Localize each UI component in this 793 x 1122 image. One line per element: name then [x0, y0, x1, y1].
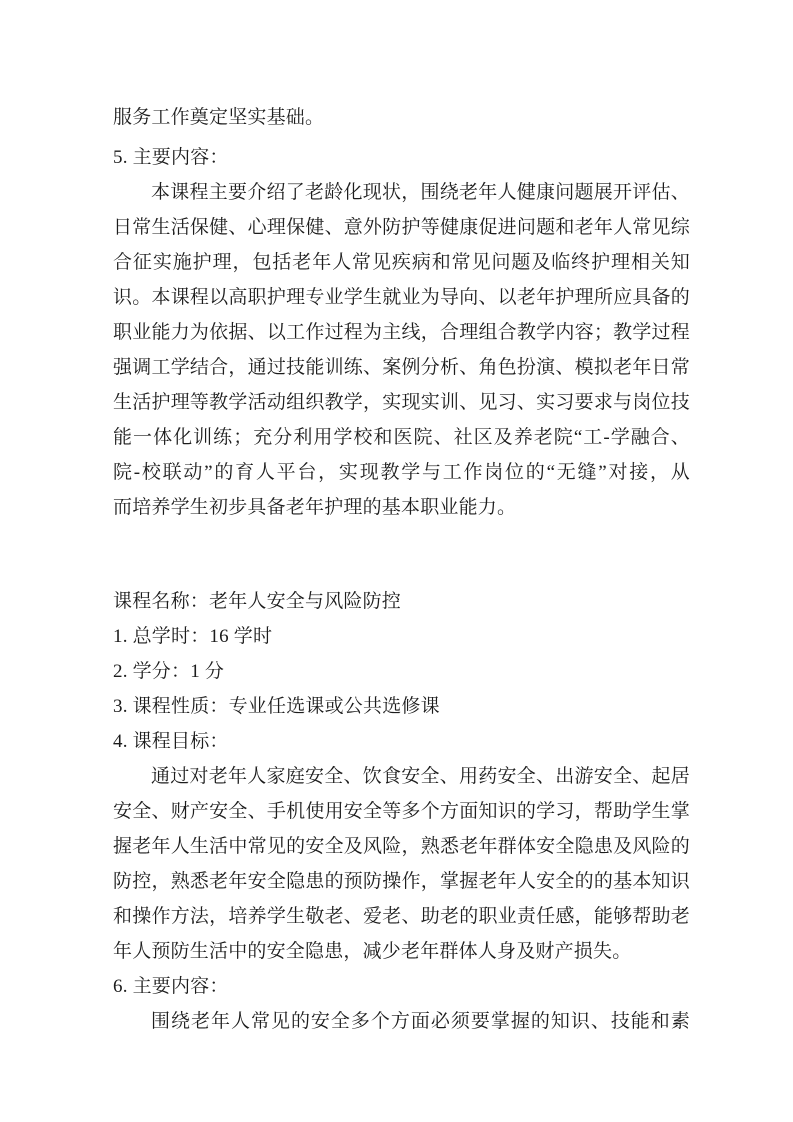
course1-description-line: 能一体化训练；充分利用学校和医院、社区及养老院“工-学融合、 — [113, 420, 690, 455]
course2-type-line: 3. 课程性质：专业任选课或公共选修课 — [113, 689, 690, 724]
course2-objective-line: 和操作方法，培养学生敬老、爱老、助老的职业责任感，能够帮助老 — [113, 899, 690, 934]
continuation-text-line: 服务工作奠定坚实基础。 — [113, 100, 690, 135]
item6-main-content-heading: 6. 主要内容： — [113, 969, 690, 1004]
course2-objective-line: 通过对老年人家庭安全、饮食安全、用药安全、出游安全、起居 — [113, 759, 690, 794]
course2-objective-heading: 4. 课程目标： — [113, 724, 690, 759]
document-body: 服务工作奠定坚实基础。 5. 主要内容： 本课程主要介绍了老龄化现状，围绕老年人… — [113, 100, 690, 1039]
course2-title-line: 课程名称：老年人安全与风险防控 — [113, 584, 690, 619]
item5-main-content-heading: 5. 主要内容： — [113, 140, 690, 175]
section-spacer — [113, 525, 690, 584]
course1-description-line: 本课程主要介绍了老龄化现状，围绕老年人健康问题展开评估、 — [113, 175, 690, 210]
document-page: 服务工作奠定坚实基础。 5. 主要内容： 本课程主要介绍了老龄化现状，围绕老年人… — [0, 0, 793, 1122]
course1-description-line: 识。本课程以高职护理专业学生就业为导向、以老年护理所应具备的 — [113, 280, 690, 315]
course1-description-line: 日常生活保健、心理保健、意外防护等健康促进问题和老年人常见综 — [113, 210, 690, 245]
course2-objective-line: 防控，熟悉老年安全隐患的预防操作，掌握老年人安全的的基本知识 — [113, 864, 690, 899]
course1-description-last-line: 而培养学生初步具备老年护理的基本职业能力。 — [113, 490, 690, 525]
course2-credit-line: 2. 学分：1 分 — [113, 654, 690, 689]
course1-description-line: 强调工学结合，通过技能训练、案例分析、角色扮演、模拟老年日常 — [113, 350, 690, 385]
course2-objective-last-line: 年人预防生活中的安全隐患，减少老年群体人身及财产损失。 — [113, 934, 690, 969]
course2-objective-line: 握老年人生活中常见的安全及风险，熟悉老年群体安全隐患及风险的 — [113, 829, 690, 864]
course2-content-line: 围绕老年人常见的安全多个方面必须要掌握的知识、技能和素 — [113, 1004, 690, 1039]
course2-total-hours-line: 1. 总学时：16 学时 — [113, 619, 690, 654]
course1-description-line: 合征实施护理，包括老年人常见疾病和常见问题及临终护理相关知 — [113, 245, 690, 280]
course1-description-line: 职业能力为依据、以工作过程为主线，合理组合教学内容；教学过程 — [113, 315, 690, 350]
course2-objective-line: 安全、财产安全、手机使用安全等多个方面知识的学习，帮助学生掌 — [113, 794, 690, 829]
course1-description-line: 院-校联动”的育人平台，实现教学与工作岗位的“无缝”对接，从 — [113, 455, 690, 490]
course1-description-line: 生活护理等教学活动组织教学，实现实训、见习、实习要求与岗位技 — [113, 385, 690, 420]
